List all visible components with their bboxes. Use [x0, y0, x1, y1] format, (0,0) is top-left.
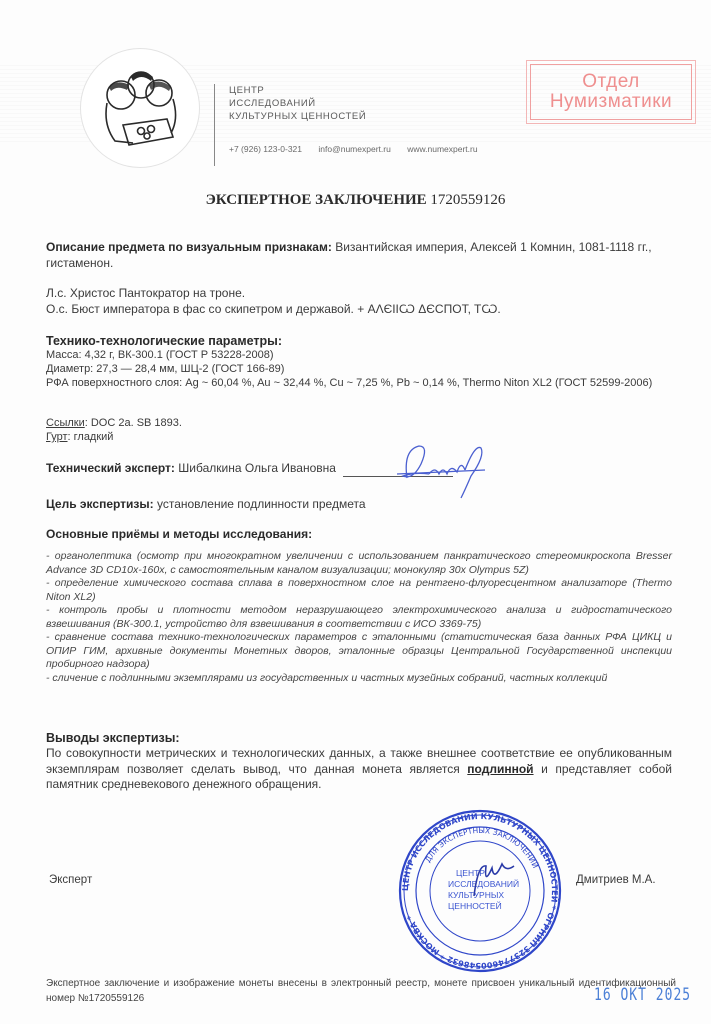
diameter-value: Диаметр: 27,3 — 28,4 мм, ШЦ-2 (ГОСТ 166-…: [46, 362, 672, 376]
date-stamp: 16 ОКТ 2025: [594, 986, 691, 1006]
reverse-description: О.с. Бюст императора в фас со скипетром …: [46, 302, 672, 318]
website-url: www.numexpert.ru: [407, 144, 477, 154]
methods-label-text: Основные приёмы и методы исследования:: [46, 527, 312, 541]
methods-label: Основные приёмы и методы исследования:: [46, 527, 672, 543]
document-number: 1720559126: [430, 192, 505, 208]
tech-expert-name: Шибалкина Ольга Ивановна: [178, 461, 336, 475]
references-label: Ссылки: [46, 417, 85, 429]
numismatists-logo-icon: [93, 63, 187, 153]
edge-value: : гладкий: [68, 431, 114, 443]
conclusion-label-text: Выводы экспертизы:: [46, 731, 180, 745]
method-item: - определение химического состава сплава…: [46, 577, 672, 604]
org-logo: [80, 48, 200, 168]
stamp-center-line-4: ЦЕННОСТЕЙ: [448, 900, 502, 911]
tech-expert-signature: [385, 440, 495, 500]
org-name-line-2: ИССЛЕДОВАНИЙ: [229, 97, 366, 110]
department-stamp-line-1: Отдел: [531, 72, 691, 92]
expert-name: Дмитриев М.А.: [576, 873, 696, 889]
tech-expert-label: Технический эксперт:: [46, 461, 175, 475]
obverse-description: Л.с. Христос Пантократор на троне.: [46, 286, 672, 302]
org-name: ЦЕНТР ИССЛЕДОВАНИЙ КУЛЬТУРНЫХ ЦЕННОСТЕЙ: [229, 84, 366, 123]
method-item: - контроль пробы и плотности методом нер…: [46, 604, 672, 631]
header-divider: [214, 84, 215, 166]
description-label: Описание предмета по визуальным признака…: [46, 240, 332, 254]
edge-row: Гурт: гладкий: [46, 430, 672, 444]
department-stamp-line-2: Нумизматики: [531, 92, 691, 112]
contact-info: +7 (926) 123-0-321 info@numexpert.ru www…: [229, 144, 492, 154]
stamp-center-line-2: ИССЛЕДОВАНИЙ: [448, 878, 519, 889]
conclusion-text: По совокупности метрических и технологич…: [46, 746, 672, 793]
method-item: - органолептика (осмотр при многократном…: [46, 550, 672, 577]
registry-footer: Экспертное заключение и изображение моне…: [46, 976, 676, 1006]
purpose-value: установление подлинности предмета: [157, 497, 366, 511]
xrf-value: РФА поверхностного слоя: Ag ~ 60,04 %, A…: [46, 376, 672, 390]
org-name-line-3: КУЛЬТУРНЫХ ЦЕННОСТЕЙ: [229, 110, 366, 123]
tech-expert-row: Технический эксперт: Шибалкина Ольга Ива…: [46, 461, 672, 477]
org-name-line-1: ЦЕНТР: [229, 84, 366, 97]
purpose-row: Цель экспертизы: установление подлинност…: [46, 497, 672, 513]
stamp-center-line-3: КУЛЬТУРНЫХ: [448, 890, 504, 900]
technical-params: Масса: 4,32 г, ВК-300.1 (ГОСТ Р 53228-20…: [46, 348, 672, 390]
mass-value: Масса: 4,32 г, ВК-300.1 (ГОСТ Р 53228-20…: [46, 348, 672, 362]
round-seal-stamp: ЦЕНТР ИССЛЕДОВАНИЙ КУЛЬТУРНЫХ ЦЕННОСТЕЙ …: [390, 806, 570, 976]
methods-list: - органолептика (осмотр при многократном…: [46, 550, 672, 685]
method-item: - сравнение состава технико-технологичес…: [46, 631, 672, 672]
expert-label: Эксперт: [49, 873, 169, 889]
phone-number: +7 (926) 123-0-321: [229, 144, 302, 154]
email-address: info@numexpert.ru: [318, 144, 390, 154]
technical-label-text: Технико-технологические параметры:: [46, 334, 282, 348]
method-item: - сличение с подлинными экземплярами из …: [46, 672, 672, 686]
references-value: : DOC 2a. SB 1893.: [85, 417, 182, 429]
description-section: Описание предмета по визуальным признака…: [46, 240, 672, 271]
verdict: подлинной: [467, 762, 533, 776]
department-stamp: Отдел Нумизматики: [530, 64, 692, 120]
conclusion-label: Выводы экспертизы:: [46, 731, 672, 747]
references-row: Ссылки: DOC 2a. SB 1893.: [46, 416, 672, 430]
document-title: ЭКСПЕРТНОЕ ЗАКЛЮЧЕНИЕ 1720559126: [0, 192, 711, 209]
edge-label: Гурт: [46, 431, 68, 443]
purpose-label: Цель экспертизы:: [46, 497, 154, 511]
document-title-text: ЭКСПЕРТНОЕ ЗАКЛЮЧЕНИЕ: [206, 192, 427, 208]
expert-certificate-page: ЦЕНТР ИССЛЕДОВАНИЙ КУЛЬТУРНЫХ ЦЕННОСТЕЙ …: [0, 0, 711, 1024]
references-section: Ссылки: DOC 2a. SB 1893. Гурт: гладкий: [46, 416, 672, 444]
